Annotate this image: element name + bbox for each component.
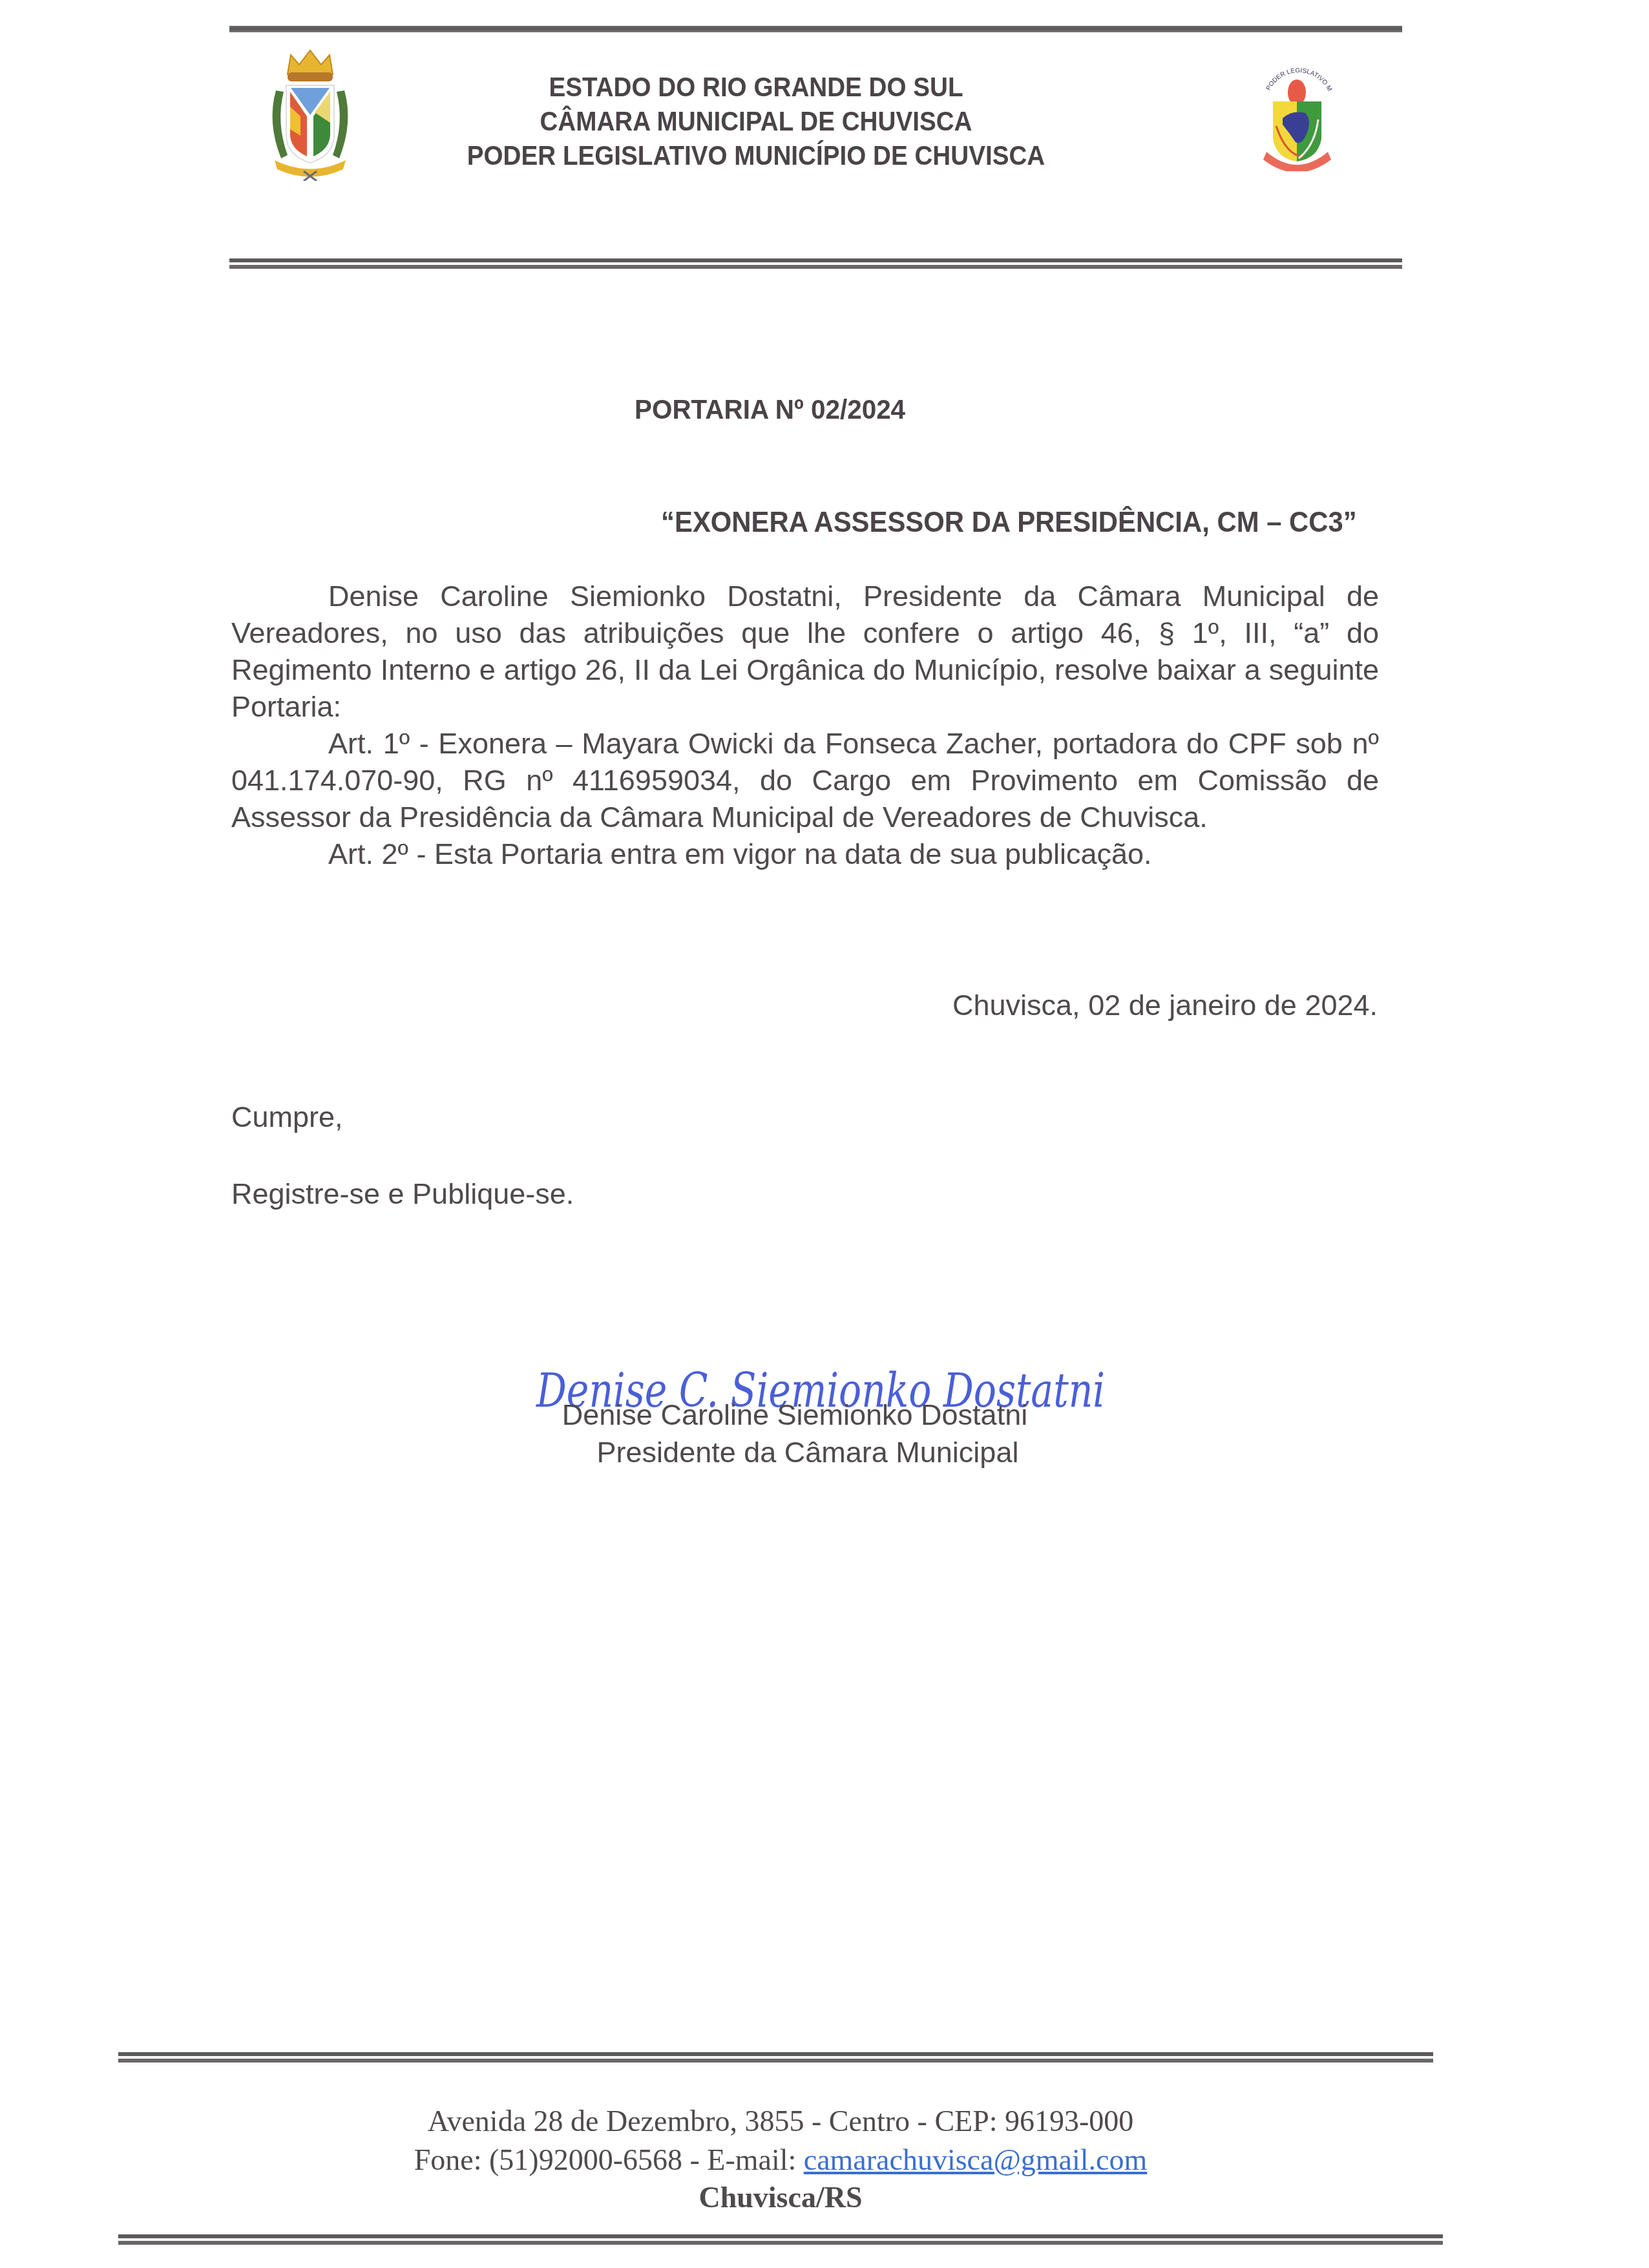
footer-top-rule bbox=[118, 2052, 1433, 2063]
footer-city: Chuvisca/RS bbox=[118, 2180, 1443, 2214]
article-1: Art. 1º - Exonera – Mayara Owicki da Fon… bbox=[231, 725, 1379, 835]
header-divider bbox=[229, 258, 1402, 269]
header-legislative: PODER LEGISLATIVO MUNICÍPIO DE CHUVISCA bbox=[358, 138, 1155, 173]
footer-phone: Fone: (51)92000-6568 - E-mail: bbox=[414, 2143, 804, 2176]
document-body: Denise Caroline Siemionko Dostatni, Pres… bbox=[231, 578, 1379, 872]
signer-role: Presidente da Câmara Municipal bbox=[517, 1436, 1098, 1469]
footer-address: Avenida 28 de Dezembro, 3855 - Centro - … bbox=[118, 2104, 1443, 2138]
coat-of-arms-icon bbox=[262, 45, 359, 181]
legislative-emblem-icon: PODER LEGISLATIVO MUNICIPAL bbox=[1257, 48, 1341, 171]
article-2: Art. 2º - Esta Portaria entra em vigor n… bbox=[231, 835, 1379, 872]
header-chamber: CÂMARA MUNICIPAL DE CHUVISCA bbox=[358, 104, 1155, 138]
preamble-paragraph: Denise Caroline Siemionko Dostatni, Pres… bbox=[231, 578, 1379, 725]
institution-header: ESTADO DO RIO GRANDE DO SUL CÂMARA MUNIC… bbox=[358, 70, 1155, 173]
footer-bottom-rule bbox=[118, 2234, 1443, 2245]
date-line: Chuvisca, 02 de janeiro de 2024. bbox=[952, 989, 1378, 1022]
header-state: ESTADO DO RIO GRANDE DO SUL bbox=[358, 70, 1155, 104]
footer-contact: Fone: (51)92000-6568 - E-mail: camarachu… bbox=[118, 2143, 1443, 2177]
closing-cumpre: Cumpre, bbox=[231, 1100, 343, 1134]
header-top-rule bbox=[229, 26, 1402, 32]
closing-registre: Registre-se e Publique-se. bbox=[231, 1177, 574, 1211]
signer-name: Denise Caroline Siemionko Dostatni bbox=[504, 1398, 1086, 1432]
document-title: PORTARIA Nº 02/2024 bbox=[635, 394, 905, 426]
footer-email-link[interactable]: camarachuvisca@gmail.com bbox=[804, 2143, 1148, 2176]
document-subtitle: “EXONERA ASSESSOR DA PRESIDÊNCIA, CM – C… bbox=[661, 505, 1357, 539]
